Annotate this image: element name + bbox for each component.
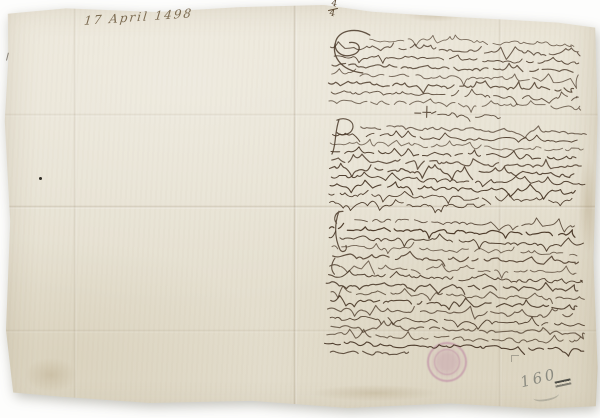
ink-speck	[39, 177, 42, 180]
initial-flourish	[415, 106, 436, 118]
manuscript-line	[361, 121, 587, 140]
manuscript-content: 17 April 1498 4 4 160	[0, 0, 600, 418]
manuscript-line	[330, 137, 583, 152]
archive-fraction-annotation: 4 4	[323, 0, 342, 19]
manuscript-line	[331, 85, 579, 106]
manuscript-line	[329, 223, 575, 243]
manuscript-line	[329, 231, 584, 252]
edge-ink-mark	[1, 51, 9, 60]
manuscript-line	[331, 68, 578, 89]
manuscript-line	[331, 286, 585, 305]
manuscript-line	[331, 146, 576, 161]
paragraph-4	[324, 256, 594, 376]
manuscript-line	[332, 240, 577, 259]
manuscript-line	[327, 302, 572, 322]
manuscript-line	[332, 129, 577, 148]
manuscript-line	[331, 294, 577, 313]
manuscript-line	[370, 33, 575, 51]
manuscript-line	[324, 341, 583, 357]
paragraph-4-handwriting	[324, 256, 594, 376]
pencil-scribble-faint	[532, 389, 559, 403]
initial-flourish	[329, 258, 339, 274]
initial-flourish	[332, 118, 353, 154]
manuscript-line	[332, 58, 573, 74]
date-annotation: 17 April 1498	[83, 6, 193, 28]
manuscript-line	[341, 260, 577, 281]
initial-flourish	[334, 30, 370, 73]
manuscript-line	[330, 350, 408, 356]
manuscript-photo: 17 April 1498 4 4 160	[0, 0, 600, 418]
